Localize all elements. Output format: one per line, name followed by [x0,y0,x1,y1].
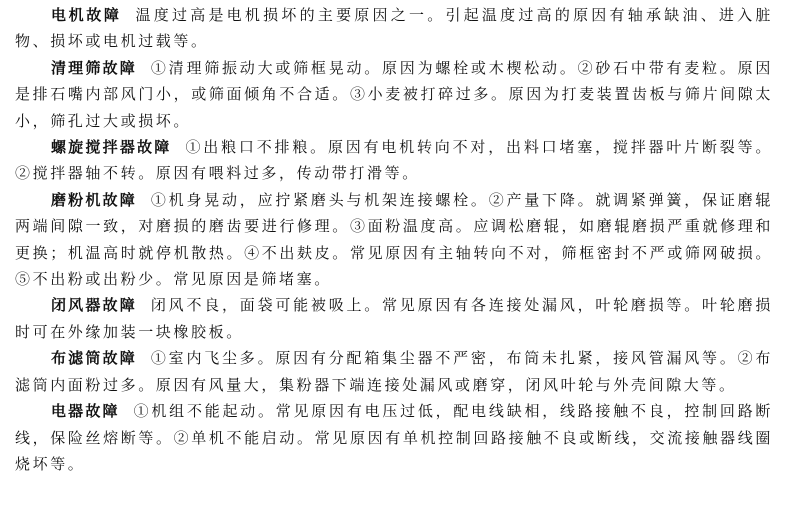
paragraph-cleaning-sieve-fault: 清理筛故障①清理筛振动大或筛框晃动。原因为螺栓或木楔松动。②砂石中带有麦粒。原因… [15,55,773,134]
term-heading: 电机故障 [51,6,122,24]
term-heading: 闭风器故障 [51,296,137,314]
paragraph-filter-bag-fault: 布滤筒故障①室内飞尘多。原因有分配箱集尘器不严密，布筒未扎紧，接风管漏风等。②布… [15,345,773,398]
paragraph-text: 温度过高是电机损坏的主要原因之一。引起温度过高的原因有轴承缺油、进入脏物、损坏或… [15,6,773,50]
paragraph-screw-mixer-fault: 螺旋搅拌器故障①出粮口不排粮。原因有电机转向不对，出料口堵塞，搅拌器叶片断裂等。… [15,134,773,187]
term-heading: 磨粉机故障 [51,191,137,209]
paragraph-mill-fault: 磨粉机故障①机身晃动，应拧紧磨头与机架连接螺栓。②产量下降。就调紧弹簧，保证磨辊… [15,187,773,293]
term-heading: 清理筛故障 [51,59,137,77]
term-heading: 电器故障 [51,402,120,420]
document-page: 电机故障温度过高是电机损坏的主要原因之一。引起温度过高的原因有轴承缺油、进入脏物… [15,2,773,477]
paragraph-airlock-fault: 闭风器故障闭风不良，面袋可能被吸上。常见原因有各连接处漏风，叶轮磨损等。叶轮磨损… [15,292,773,345]
term-heading: 螺旋搅拌器故障 [51,138,171,156]
paragraph-electrical-fault: 电器故障①机组不能起动。常见原因有电压过低，配电线缺相，线路接触不良，控制回路断… [15,398,773,477]
paragraph-motor-fault: 电机故障温度过高是电机损坏的主要原因之一。引起温度过高的原因有轴承缺油、进入脏物… [15,2,773,55]
term-heading: 布滤筒故障 [51,349,137,367]
paragraph-text: ①机组不能起动。常见原因有电压过低，配电线缺相，线路接触不良，控制回路断线，保险… [15,402,773,473]
